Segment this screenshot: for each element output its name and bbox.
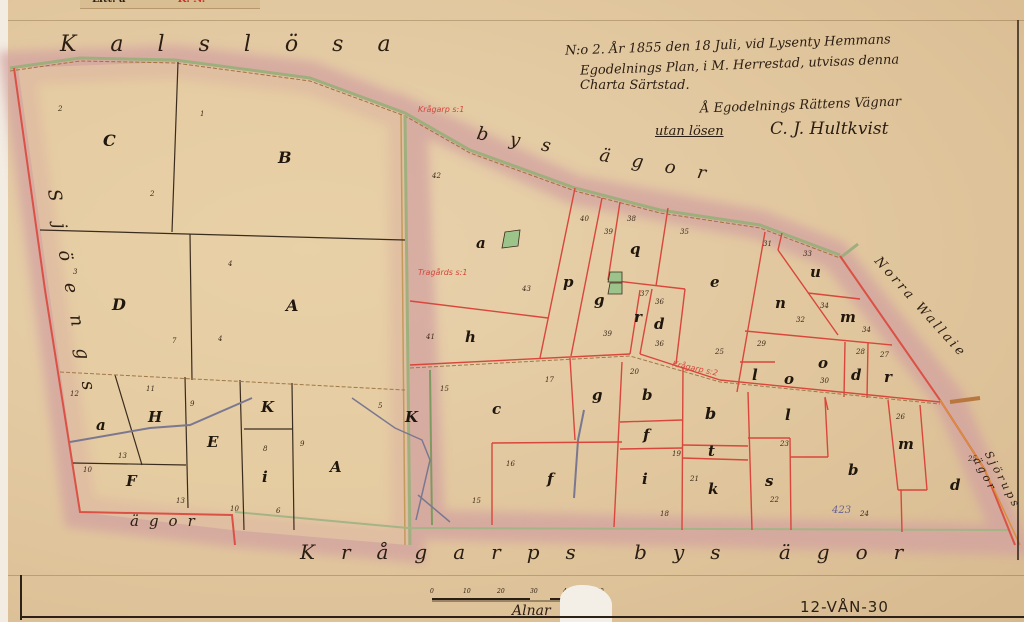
parcel-number: 27 [880,351,889,359]
scale-tick: 0 [430,588,434,595]
archive-stamp: 12-VÅN-30 [800,598,889,616]
parcel-label: e [710,275,720,290]
parcel-label: o [784,372,794,387]
parcel-label: c [492,402,501,417]
parcel-number: 34 [820,302,829,310]
parcel-number: 8 [263,445,267,453]
parcel-number: 32 [796,316,805,324]
parcel-number: 40 [580,215,589,223]
parcel-number: 39 [604,228,613,236]
parcel-number: 31 [763,240,772,248]
parcel-label: o [818,356,828,371]
parcel-number: 36 [655,298,664,306]
parcel-number: 29 [757,340,766,348]
scale-unit-label: Alnar [512,602,551,621]
parcel-label: a [96,418,106,433]
parcel-number: 25 [968,455,977,463]
border-name-west-b: ägor [130,512,205,530]
parcel-label: g [592,388,603,403]
red-label: Tragårds s:1 [418,268,467,277]
parcel-label: h [465,330,476,345]
parcel-label: A [330,460,342,475]
parcel-label: b [705,406,716,422]
parcel-number: 21 [690,475,699,483]
parcel-number: 15 [440,385,449,393]
parcel-number: 39 [603,330,612,338]
parcel-label: u [810,265,821,280]
frame-line [20,575,22,620]
parcel-number: 4 [218,335,222,343]
parcel-number: 26 [896,413,905,421]
parcel-label: p [563,275,574,290]
scale-tick: 30 [530,588,538,595]
parcel-number: 17 [545,376,554,384]
parcel-label: t [708,444,715,459]
parcel-label: r [884,370,892,385]
parcel-number: 35 [680,228,689,236]
parcel-label: A [286,298,298,314]
parcel-number: 6 [276,507,280,515]
parcel-number: 9 [300,440,304,448]
parcel-number: 23 [780,440,789,448]
parcel-number: 12 [70,390,79,398]
border-name-south: Krågarps bys ägor [300,540,929,564]
parcel-label: f [643,428,649,443]
parcel-number: 38 [627,215,636,223]
parcel-number: 3 [73,268,77,276]
border-name-north: Kalslösa [60,32,425,57]
annotation-signature: C. J. Hultkvist [770,120,888,139]
parcel-label: m [840,310,856,325]
parcel-number: 10 [83,466,92,474]
parcel-label: q [630,242,641,257]
parcel-number: 4 [228,260,232,268]
parcel-label: H [148,410,162,425]
parcel-label: B [278,150,292,166]
parcel-number: 1 [200,110,204,118]
annotation-line-3: Charta Särtstad. [580,76,690,95]
annotation-utan-losen: utan lösen [655,122,724,141]
parcel-label: i [262,470,268,485]
parcel-number: 18 [660,510,669,518]
parcel-number: 34 [862,326,871,334]
parcel-label: K [261,400,274,415]
red-label: Krågarp s:1 [418,105,464,114]
parcel-number: 30 [820,377,829,385]
parcel-number: 20 [630,368,639,376]
parcel-label: a [476,236,486,251]
parcel-number: 28 [856,348,865,356]
parcel-label: f [547,472,553,487]
parcel-number: 16 [506,460,515,468]
parcel-number: 41 [426,333,435,341]
scale-tick: 20 [497,588,505,595]
parcel-number: 9 [190,400,194,408]
parcel-label: E [207,435,218,450]
parcel-label: d [851,368,862,383]
parcel-label: g [594,293,605,308]
parcel-number: 42 [432,172,441,180]
scale-tick: 10 [463,588,471,595]
parcel-label: K [405,410,418,425]
map-sheet: Litt. a - K. N. [0,0,1024,622]
parcel-label: k [708,482,718,497]
parcel-label: n [775,296,786,311]
parcel-label: C [103,133,116,149]
parcel-number: 2 [58,105,62,113]
parcel-number: 33 [803,250,812,258]
parcel-label: i [642,472,648,487]
parcel-number: 2 [150,190,154,198]
parcel-number: 15 [472,497,481,505]
parcel-label: l [752,368,758,383]
parcel-label: b [848,463,859,478]
parcel-label: d [654,317,665,332]
parcel-number: 36 [655,340,664,348]
parcel-number: 5 [378,402,382,410]
parcel-label: F [126,474,137,489]
parcel-number: 13 [176,497,185,505]
parcel-number: 19 [672,450,681,458]
parcel-number: 25 [715,348,724,356]
parcel-label: l [785,408,791,423]
parcel-label: D [112,297,126,313]
parcel-number: 13 [118,452,127,460]
frame-line [20,616,1024,618]
parcel-number: 7 [172,337,176,345]
parcel-number: 43 [522,285,531,293]
parcel-number: 24 [860,510,869,518]
parcel-label: m [898,437,914,452]
parcel-number: 37 [640,290,649,298]
parcel-number: 11 [146,385,155,393]
parcel-number: 10 [230,505,239,513]
pencil-note: 423 [832,505,851,516]
parcel-label: s [765,474,773,489]
parcel-label: d [950,478,961,493]
parcel-label: r [634,310,642,325]
parcel-label: b [642,388,653,403]
parcel-number: 22 [770,496,779,504]
